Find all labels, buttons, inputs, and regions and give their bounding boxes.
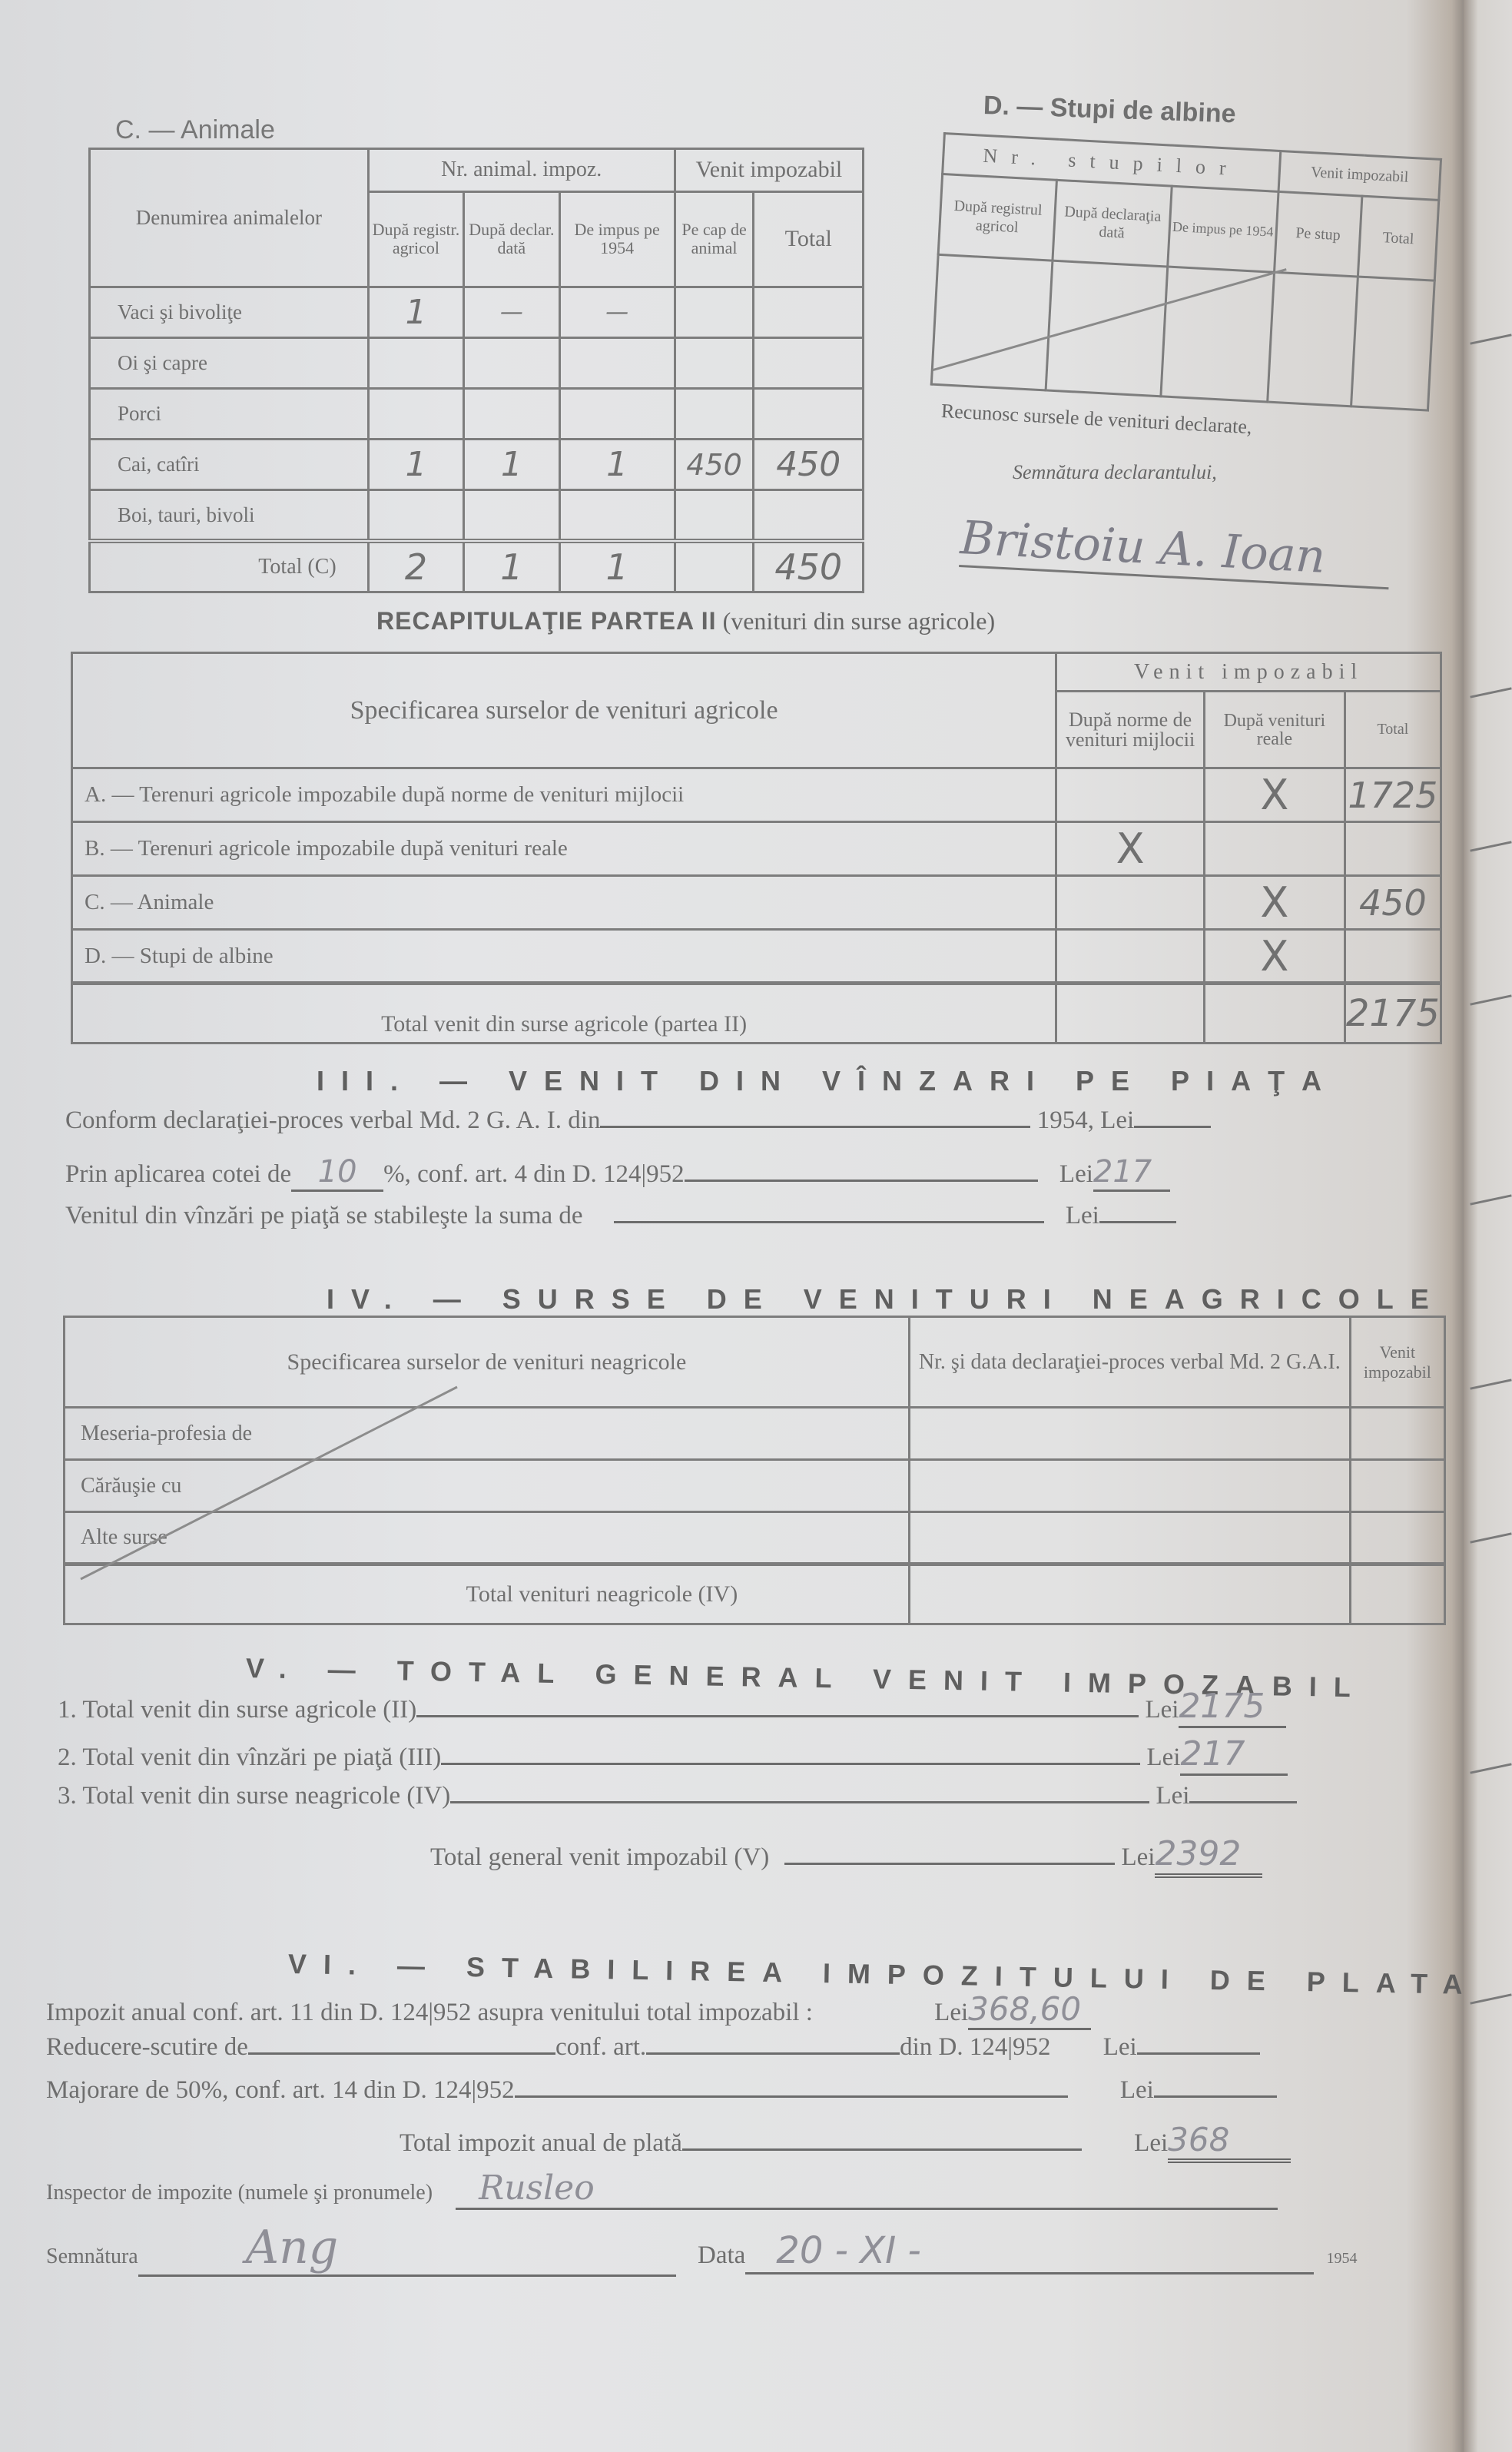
animals-total-label: Total (C)	[90, 541, 369, 592]
recap-row-norme[interactable]: X	[1056, 822, 1205, 876]
market-rate-amount-field[interactable]: 217	[1093, 1154, 1170, 1192]
total-tax-label: Total impozit anual de plată	[400, 2129, 682, 2157]
section-d-title: D. — Stupi de albine	[983, 91, 1236, 129]
total-line: 2. Total venit din vînzări pe piaţă (III…	[58, 1734, 1464, 1776]
inspector-signature-field[interactable]: Ang	[138, 2221, 676, 2277]
total-line-blank	[441, 1763, 1140, 1765]
recap-row-reale[interactable]: X	[1204, 930, 1345, 984]
table-row: Cai, catîri 1 1 1 450 450	[90, 440, 864, 490]
market-income-amount-field[interactable]	[1099, 1221, 1176, 1223]
total-tax-line: Total impozit anual de plată Lei368	[46, 2121, 1464, 2163]
nonagri-row-nr[interactable]	[909, 1512, 1350, 1564]
recap-row-total[interactable]: 1725	[1345, 768, 1441, 822]
animal-de-impus[interactable]	[559, 337, 675, 388]
grand-total-value-field[interactable]: 2392	[1155, 1834, 1262, 1878]
recap-header-spec: Specificarea surselor de venituri agrico…	[72, 653, 1056, 768]
strike-through-line-icon	[931, 247, 1291, 393]
total-row: Total (C) 2 1 1 450	[90, 541, 864, 592]
inspector-label: Inspector de impozite (numele şi pronume…	[46, 2181, 433, 2205]
adjacent-page-edge	[1464, 0, 1512, 2452]
animal-registru[interactable]	[368, 490, 463, 541]
animal-pe-cap[interactable]	[675, 287, 754, 337]
recap-row-label: C. — Animale	[72, 876, 1056, 930]
total-line-value-field[interactable]	[1189, 1801, 1297, 1803]
animals-col-total: Total	[754, 191, 864, 287]
currency-label: Lei	[1121, 1843, 1155, 1872]
inspector-line: Inspector de impozite (numele şi pronume…	[46, 2168, 1464, 2210]
animals-total-pe-cap[interactable]	[675, 541, 754, 592]
animals-col-declarat: După declar. dată	[464, 191, 559, 287]
animal-declarat[interactable]: —	[464, 287, 559, 337]
surcharge-label: Majorare de 50%, conf. art. 14 din D. 12…	[46, 2076, 515, 2104]
total-line-blank	[450, 1801, 1149, 1803]
recap-row-label: D. — Stupi de albine	[72, 930, 1056, 984]
currency-label: Lei	[1134, 2129, 1168, 2158]
recap-total-reale[interactable]	[1204, 984, 1345, 1044]
section-iii-title: III. — VENIT DIN VÎNZARI PE PIAŢA	[317, 1065, 1338, 1097]
grand-total-blank	[784, 1863, 1115, 1865]
animal-name: Oi şi capre	[90, 337, 369, 388]
declarant-signature[interactable]: Bristoiu A. Ioan	[959, 511, 1391, 589]
market-income-blank[interactable]	[614, 1221, 1044, 1223]
total-line-value-field[interactable]: 217	[1180, 1734, 1288, 1776]
annual-tax-line: Impozit anual conf. art. 11 din D. 124|9…	[46, 1990, 1464, 2030]
animal-registru[interactable]	[368, 337, 463, 388]
animal-total[interactable]	[754, 388, 864, 439]
nonagri-total-nr[interactable]	[909, 1564, 1350, 1624]
reduction-decree-label: din D. 124|952	[900, 2033, 1050, 2061]
beehives-col-pe-stup: Pe stup	[1274, 191, 1362, 277]
date-year: 1954	[1327, 2250, 1358, 2267]
recap-row-norme[interactable]	[1056, 876, 1205, 930]
date-field[interactable]: 20 - XI -	[745, 2229, 1314, 2274]
animal-pe-cap[interactable]	[675, 490, 754, 541]
beehives-col-total: Total	[1358, 196, 1438, 281]
section-v-lines: 1. Total venit din surse agricole (II) L…	[58, 1687, 1464, 1910]
market-declaration-year: 1954, Lei	[1037, 1107, 1134, 1134]
market-rate-field[interactable]: 10	[291, 1154, 383, 1192]
reduction-line: Reducere-scutire deconf. art.din D. 124|…	[46, 2033, 1464, 2062]
annual-tax-label: Impozit anual conf. art. 11 din D. 124|9…	[46, 1999, 813, 2026]
animal-name: Cai, catîri	[90, 440, 369, 490]
market-rate-line: Prin aplicarea cotei de10%, conf. art. 4…	[65, 1154, 1464, 1192]
animal-declarat[interactable]: 1	[464, 440, 559, 490]
beehives-total[interactable]	[1351, 277, 1434, 410]
total-line-label: 2. Total venit din vînzări pe piaţă (III…	[58, 1744, 441, 1771]
recap-table: Specificarea surselor de venituri agrico…	[71, 652, 1442, 1044]
table-row: Porci	[90, 388, 864, 439]
animals-total-de-impus[interactable]: 1	[559, 541, 675, 592]
market-declaration-date-field[interactable]	[600, 1126, 1030, 1128]
nonagri-row-nr[interactable]	[909, 1408, 1350, 1460]
grand-total-line: Total general venit impozabil (V) Lei239…	[58, 1834, 1464, 1878]
recap-row-total[interactable]	[1345, 930, 1441, 984]
grand-total-label: Total general venit impozabil (V)	[430, 1843, 769, 1871]
total-tax-value-field[interactable]: 368	[1168, 2121, 1291, 2163]
recap-title: RECAPITULAŢIE PARTEA II (venituri din su…	[376, 607, 995, 635]
recap-col-reale: După venituri reale	[1204, 692, 1345, 768]
surcharge-line: Majorare de 50%, conf. art. 14 din D. 12…	[46, 2076, 1464, 2105]
recap-row-reale[interactable]	[1204, 822, 1345, 876]
strike-through-line-icon	[77, 1383, 461, 1583]
recap-title-main: RECAPITULAŢIE PARTEA II	[376, 607, 717, 635]
nonagri-row-venit[interactable]	[1350, 1460, 1444, 1512]
recap-row-label: A. — Terenuri agricole impozabile după n…	[72, 768, 1056, 822]
animal-total[interactable]	[754, 490, 864, 541]
recap-header-income: Venit impozabil	[1056, 653, 1441, 692]
table-row: Oi şi capre	[90, 337, 864, 388]
animals-col-pe-cap: Pe cap de animal	[675, 191, 754, 287]
animal-total[interactable]	[754, 287, 864, 337]
animal-de-impus[interactable]: —	[559, 287, 675, 337]
animal-name: Porci	[90, 388, 369, 439]
total-tax-blank	[682, 2148, 1082, 2151]
nonagri-header-venit: Venit impozabil	[1350, 1317, 1444, 1408]
total-row: Total venit din surse agricole (partea I…	[72, 984, 1441, 1044]
animal-pe-cap[interactable]	[675, 337, 754, 388]
recap-row-label: B. — Terenuri agricole impozabile după v…	[72, 822, 1056, 876]
nonagri-row-venit[interactable]	[1350, 1512, 1444, 1564]
animals-table: Denumirea animalelor Nr. animal. impoz. …	[88, 148, 864, 593]
recap-row-total[interactable]	[1345, 822, 1441, 876]
market-rate-blank[interactable]	[685, 1180, 1038, 1182]
recap-col-norme: După norme de venituri mijlocii	[1056, 692, 1205, 768]
table-row: B. — Terenuri agricole impozabile după v…	[72, 822, 1441, 876]
surcharge-value-field[interactable]	[1154, 2095, 1277, 2098]
currency-label: Lei	[1059, 1160, 1093, 1189]
currency-label: Lei	[1103, 2033, 1137, 2062]
market-rate-label: Prin aplicarea cotei de	[65, 1160, 291, 1188]
date-label: Data	[698, 2241, 745, 2269]
animals-total-registru[interactable]: 2	[368, 541, 463, 592]
reduction-label: Reducere-scutire de	[46, 2033, 248, 2061]
animals-header-income: Venit impozabil	[675, 149, 863, 192]
currency-label: Lei	[1145, 1696, 1179, 1724]
recap-row-total[interactable]: 450	[1345, 876, 1441, 930]
recap-col-total: Total	[1345, 692, 1441, 768]
animal-de-impus[interactable]	[559, 490, 675, 541]
recap-row-norme[interactable]	[1056, 930, 1205, 984]
animal-registru[interactable]	[368, 388, 463, 439]
animals-total-declarat[interactable]: 1	[464, 541, 559, 592]
animal-total[interactable]: 450	[754, 440, 864, 490]
market-income-label: Venitul din vînzări pe piaţă se stabileş…	[65, 1202, 583, 1229]
reduction-amount-field[interactable]	[248, 2052, 555, 2055]
animal-total[interactable]	[754, 337, 864, 388]
section-c-title: C. — Animale	[115, 115, 275, 145]
table-row: C. — Animale X 450	[72, 876, 1441, 930]
table-row: Vaci şi bivoliţe 1 — —	[90, 287, 864, 337]
inspector-signature-label: Semnătura	[46, 2245, 138, 2268]
market-rate-article: %, conf. art. 4 din D. 124|952	[383, 1160, 685, 1188]
total-line-blank	[416, 1715, 1139, 1717]
animal-registru[interactable]: 1	[368, 440, 463, 490]
recap-row-norme[interactable]	[1056, 768, 1205, 822]
currency-label: Lei	[1147, 1744, 1181, 1772]
inspector-name-field[interactable]: Rusleo	[456, 2168, 1278, 2210]
table-row: Boi, tauri, bivoli	[90, 490, 864, 541]
nonagri-total-venit[interactable]	[1350, 1564, 1444, 1624]
beehives-col-de-impus: De impus pe 1954	[1168, 186, 1278, 273]
market-declaration-label: Conform declaraţiei-proces verbal Md. 2 …	[65, 1107, 600, 1134]
total-line: 3. Total venit din surse neagricole (IV)…	[58, 1782, 1464, 1810]
animal-declarat[interactable]	[464, 337, 559, 388]
currency-label: Lei	[1120, 2076, 1154, 2105]
recap-row-reale[interactable]: X	[1204, 768, 1345, 822]
recap-total-value[interactable]: 2175	[1345, 984, 1441, 1044]
currency-label: Lei	[1156, 1782, 1189, 1810]
animal-declarat[interactable]	[464, 490, 559, 541]
animal-declarat[interactable]	[464, 388, 559, 439]
currency-label: Lei	[934, 1999, 968, 2027]
animal-pe-cap[interactable]	[675, 388, 754, 439]
total-line-label: 3. Total venit din surse neagricole (IV)	[58, 1782, 450, 1810]
market-income-line: Venitul din vînzări pe piaţă se stabileş…	[65, 1202, 1464, 1230]
animal-name: Boi, tauri, bivoli	[90, 490, 369, 541]
section-vi-lines: Impozit anual conf. art. 11 din D. 124|9…	[46, 1990, 1464, 2374]
animals-header-count: Nr. animal. impoz.	[368, 149, 675, 192]
table-row: D. — Stupi de albine X	[72, 930, 1441, 984]
animals-col-de-impus: De impus pe 1954	[559, 191, 675, 287]
animal-registru[interactable]: 1	[368, 287, 463, 337]
nonagri-row-nr[interactable]	[909, 1460, 1350, 1512]
section-iii-lines: Conform declaraţiei-proces verbal Md. 2 …	[65, 1107, 1464, 1260]
reduction-value-field[interactable]	[1137, 2052, 1260, 2055]
recap-row-reale[interactable]: X	[1204, 876, 1345, 930]
recap-total-norme[interactable]	[1056, 984, 1205, 1044]
total-line: 1. Total venit din surse agricole (II) L…	[58, 1687, 1464, 1728]
table-row: A. — Terenuri agricole impozabile după n…	[72, 768, 1441, 822]
nonagri-row-venit[interactable]	[1350, 1408, 1444, 1460]
animal-pe-cap[interactable]: 450	[675, 440, 754, 490]
recap-title-sub: (venituri din surse agricole)	[723, 607, 996, 635]
animals-col-registru: După registr. agricol	[368, 191, 463, 287]
surcharge-blank	[515, 2095, 1068, 2098]
annual-tax-value-field[interactable]: 368,60	[968, 1990, 1091, 2030]
animals-total-total[interactable]: 450	[754, 541, 864, 592]
animals-header-name: Denumirea animalelor	[90, 149, 369, 287]
animal-name: Vaci şi bivoliţe	[90, 287, 369, 337]
market-declaration-amount-field[interactable]	[1134, 1126, 1211, 1128]
animal-de-impus[interactable]	[559, 388, 675, 439]
signature-line: SemnăturaAng Data20 - XI - 1954	[46, 2221, 1464, 2277]
recap-total-label: Total venit din surse agricole (partea I…	[72, 984, 1056, 1044]
reduction-article-label: conf. art.	[555, 2033, 646, 2061]
total-line-label: 1. Total venit din surse agricole (II)	[58, 1696, 416, 1724]
total-line-value-field[interactable]: 2175	[1179, 1687, 1286, 1728]
reduction-article-field[interactable]	[646, 2052, 900, 2055]
section-iv-title: IV. — SURSE DE VENITURI NEAGRICOLE	[327, 1283, 1446, 1316]
animal-de-impus[interactable]: 1	[559, 440, 675, 490]
declarant-signature-label: Semnătura declarantului,	[1013, 461, 1217, 484]
nonagri-header-nr: Nr. şi data declaraţiei-proces verbal Md…	[909, 1317, 1350, 1408]
market-declaration-line: Conform declaraţiei-proces verbal Md. 2 …	[65, 1107, 1464, 1135]
currency-label: Lei	[1066, 1202, 1099, 1230]
